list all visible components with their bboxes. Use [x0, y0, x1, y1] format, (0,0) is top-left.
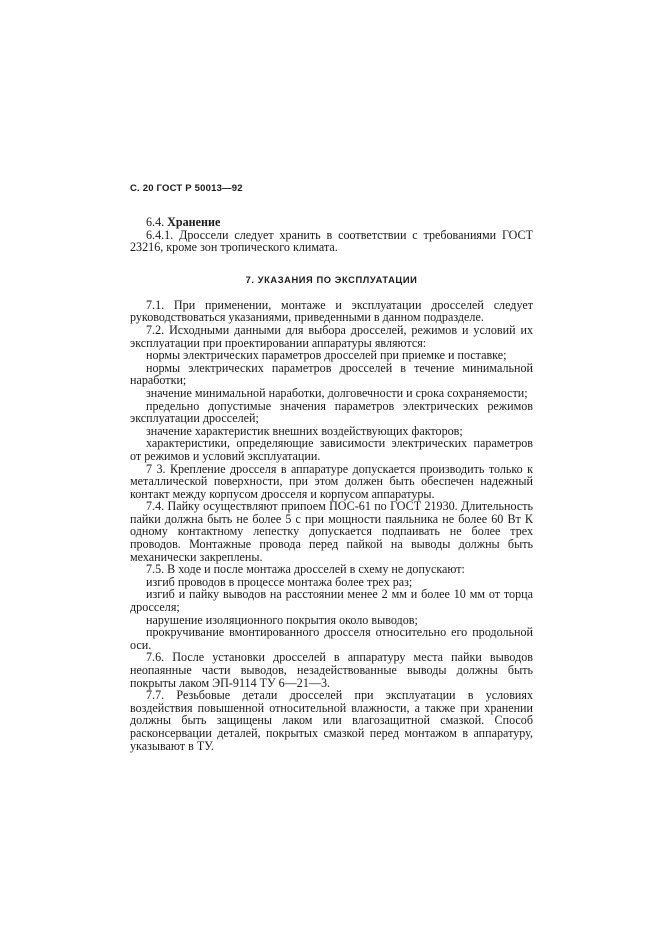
running-head: С. 20 ГОСТ Р 50013—92 — [130, 182, 533, 196]
list-item: значение минимальной наработки, долговеч… — [130, 387, 533, 400]
paragraph-7-6: 7.6. После установки дросселей в аппарат… — [130, 651, 533, 689]
list-item: характеристики, определяющие зависимости… — [130, 437, 533, 462]
section-6-4: 6.4. Хранение 6.4.1. Дроссели следует хр… — [130, 216, 533, 254]
list-item: нормы электрических параметров дросселей… — [130, 349, 533, 362]
list-item: предельно допустимые значения параметров… — [130, 400, 533, 425]
list-item: прокручивание вмонтированного дросселя о… — [130, 626, 533, 651]
paragraph-7-2: 7.2. Исходными данными для выбора дроссе… — [130, 324, 533, 349]
paragraph-7-1: 7.1. При применении, монтаже и эксплуата… — [130, 299, 533, 324]
section-title: Хранение — [167, 215, 220, 229]
section-number: 6.4. — [146, 215, 164, 229]
list-item: нормы электрических параметров дросселей… — [130, 362, 533, 387]
chapter-7-body: 7.1. При применении, монтаже и эксплуата… — [130, 299, 533, 752]
document-page: С. 20 ГОСТ Р 50013—92 6.4. Хранение 6.4.… — [130, 182, 533, 752]
paragraph-7-3: 7 3. Крепление дросселя в аппаратуре доп… — [130, 463, 533, 501]
paragraph-7-7: 7.7. Резьбовые детали дросселей при эксп… — [130, 689, 533, 752]
chapter-title: 7. УКАЗАНИЯ ПО ЭКСПЛУАТАЦИИ — [130, 274, 533, 286]
section-heading: 6.4. Хранение — [130, 216, 533, 229]
paragraph-6-4-1: 6.4.1. Дроссели следует хранить в соотве… — [130, 229, 533, 254]
paragraph-7-4: 7.4. Пайку осуществляют припоем ПОС-61 п… — [130, 500, 533, 563]
list-item: изгиб и пайку выводов на расстоянии мене… — [130, 588, 533, 613]
paragraph-7-5: 7.5. В ходе и после монтажа дросселей в … — [130, 563, 533, 576]
